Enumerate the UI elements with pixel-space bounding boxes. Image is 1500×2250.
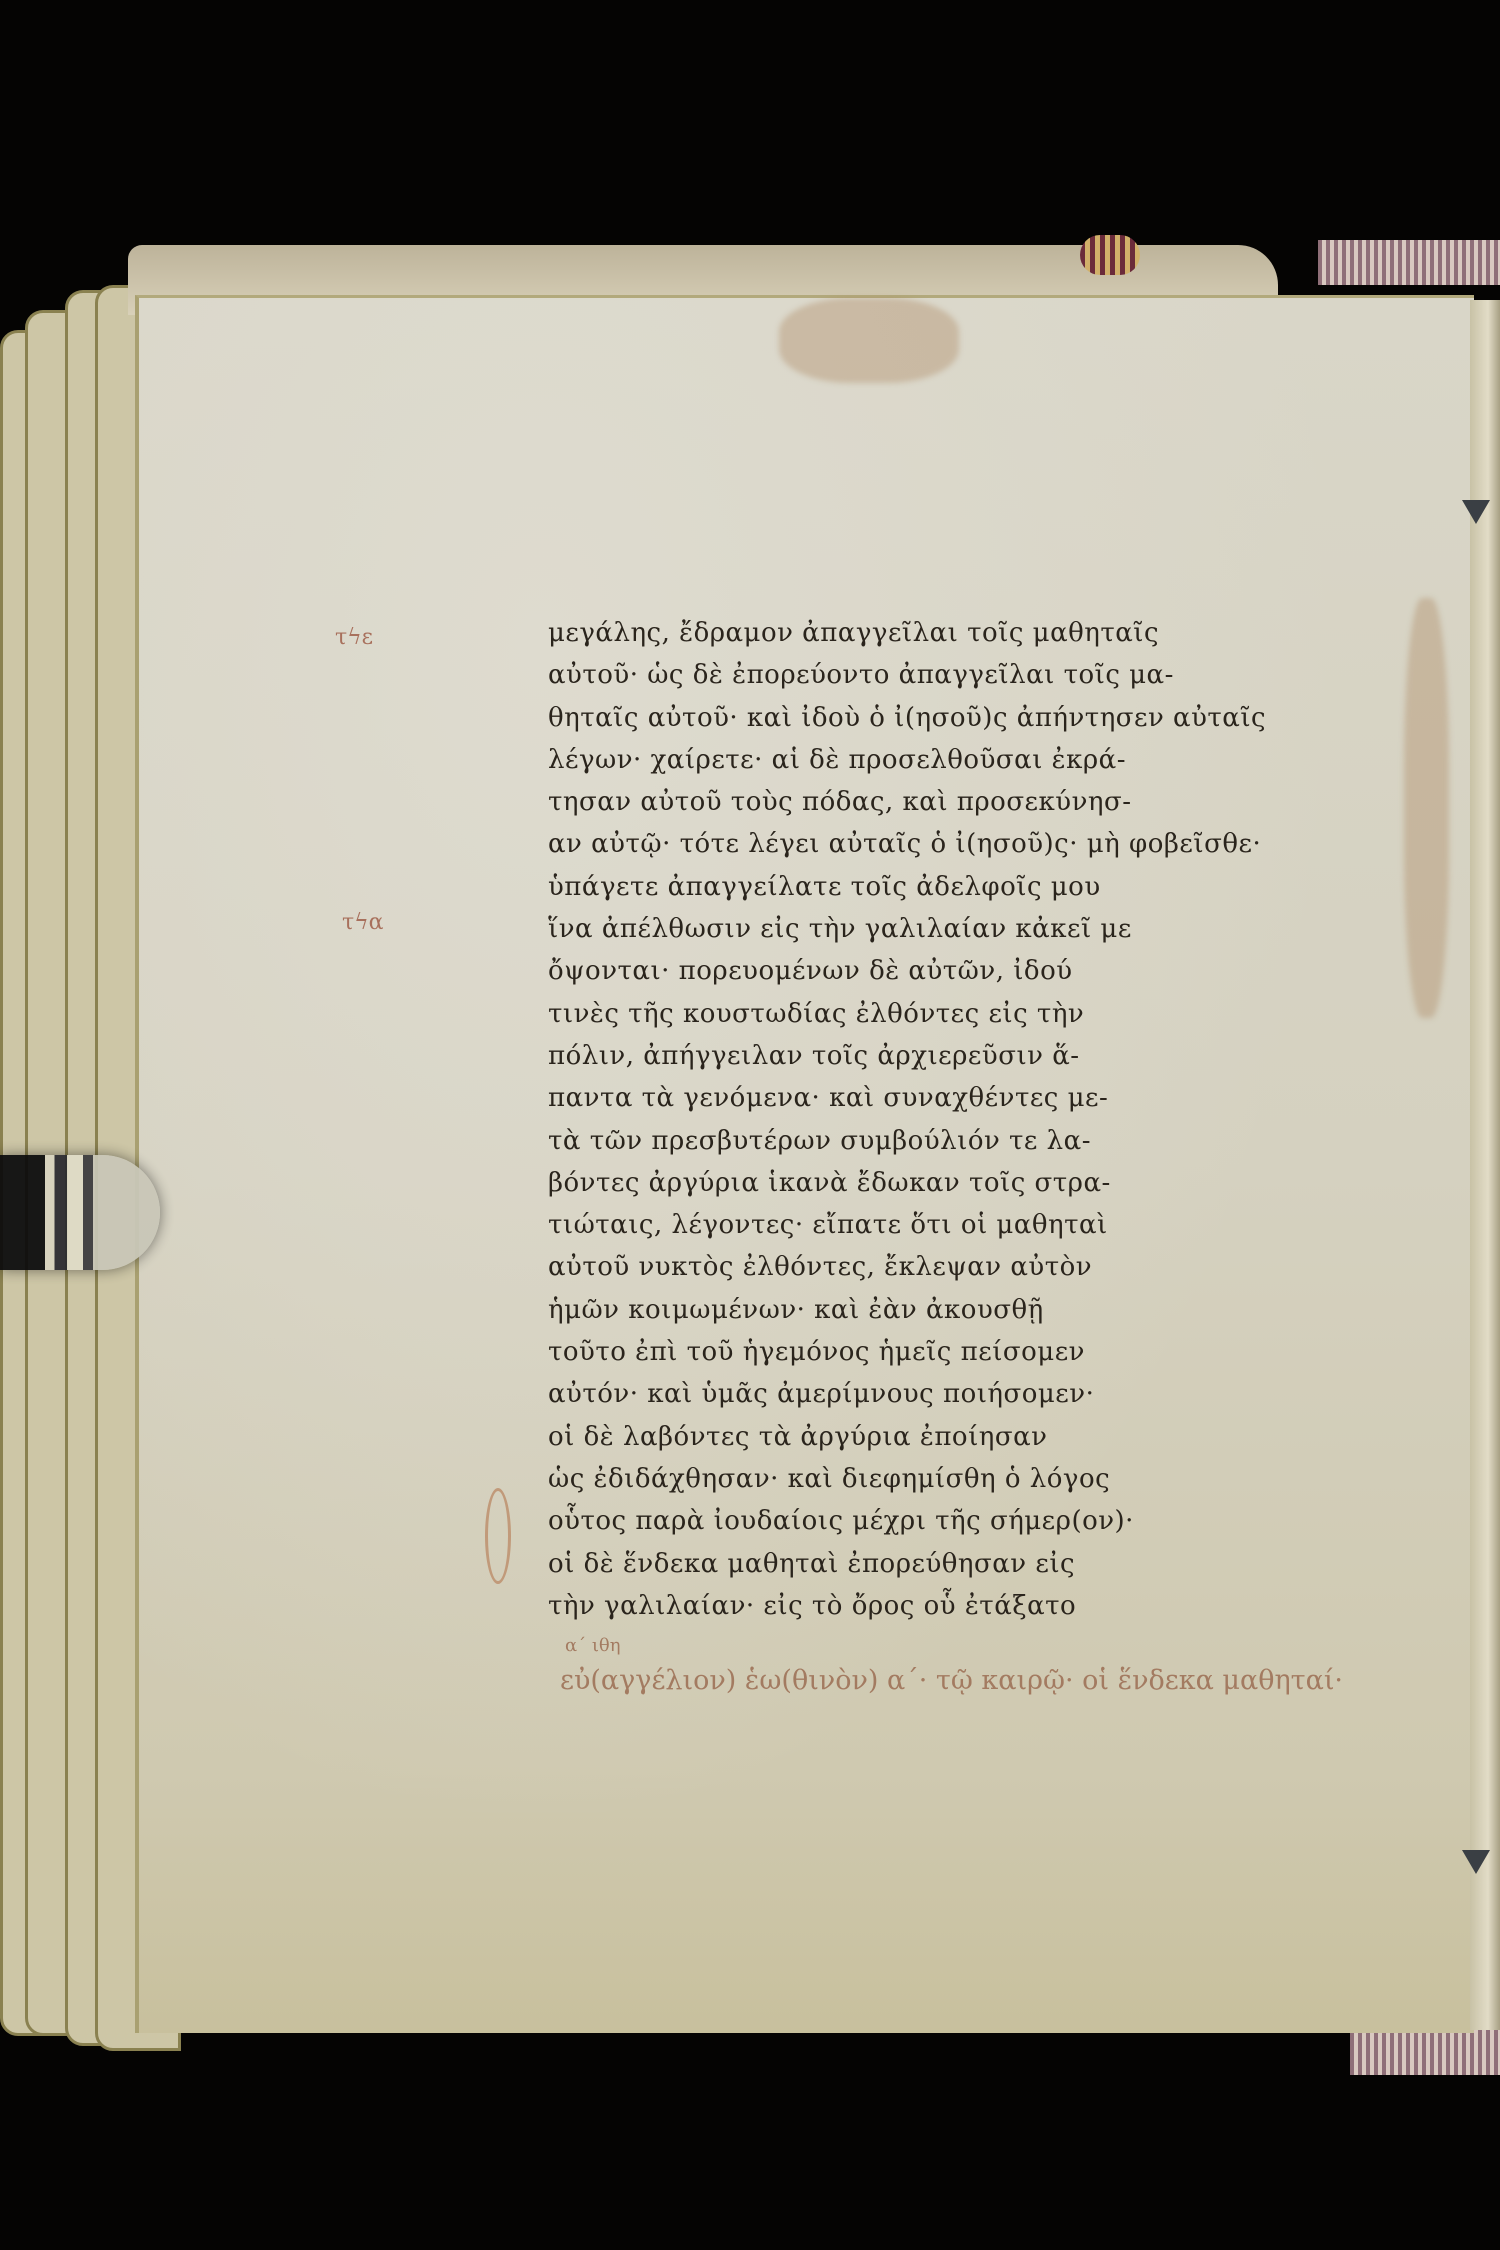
margin-number-2: τϟα — [342, 910, 384, 935]
sewing-marker-bottom — [1462, 1850, 1490, 1874]
sewing-marker-top — [1462, 500, 1490, 524]
text-line: αὐτοῦ νυκτὸς ἐλθόντες, ἔκλεψαν αὐτὸν — [548, 1246, 1308, 1288]
text-line: οἱ δὲ ἕνδεκα μαθηταὶ ἐπορεύθησαν εἰς — [548, 1543, 1308, 1585]
text-line: ὄψονται· πορευομένων δὲ αὐτῶν, ἰδού — [548, 950, 1308, 992]
margin-number-1: τϟε — [335, 625, 373, 650]
headband-top-right — [1318, 240, 1500, 285]
water-stain-top — [779, 298, 959, 383]
text-line: πόλιν, ἀπήγγειλαν τοῖς ἀρχιερεῦσιν ἅ- — [548, 1035, 1308, 1077]
gutter-spine — [1470, 300, 1500, 2030]
water-stain-right — [1404, 598, 1449, 1018]
headband-top-left — [1080, 235, 1140, 275]
text-line: οὗτος παρὰ ἰουδαίοις μέχρι τῆς σήμερ(ον)… — [548, 1500, 1308, 1542]
text-line: αν αὐτῷ· τότε λέγει αὐταῖς ὁ ἰ(ησοῦ)ς· μ… — [548, 823, 1308, 865]
text-line: θηταῖς αὐτοῦ· καὶ ἰδοὺ ὁ ἰ(ησοῦ)ς ἀπήντη… — [548, 697, 1308, 739]
text-line: τησαν αὐτοῦ τοὺς πόδας, καὶ προσεκύνησ- — [548, 781, 1308, 823]
text-line: ἡμῶν κοιμωμένων· καὶ ἐὰν ἀκουσθῇ — [548, 1289, 1308, 1331]
main-text-block: μεγάλης, ἔδραμον ἀπαγγεῖλαι τοῖς μαθηταῖ… — [548, 612, 1308, 1627]
rubric-lection-heading: εὐ(αγγέλιον) ἑω(θινὸν) α΄· τῷ καιρῷ· οἱ … — [560, 1665, 1343, 1696]
text-line: ὑπάγετε ἀπαγγείλατε τοῖς ἀδελφοῖς μου — [548, 866, 1308, 908]
text-line: οἱ δὲ λαβόντες τὰ ἀργύρια ἐποίησαν — [548, 1416, 1308, 1458]
text-line: βόντες ἀργύρια ἱκανὰ ἔδωκαν τοῖς στρα- — [548, 1162, 1308, 1204]
text-line: τοῦτο ἐπὶ τοῦ ἡγεμόνος ἡμεῖς πείσομεν — [548, 1331, 1308, 1373]
headband-bottom-right — [1350, 2030, 1500, 2075]
text-line: λέγων· χαίρετε· αἱ δὲ προσελθοῦσαι ἐκρά- — [548, 739, 1308, 781]
text-line: τὰ τῶν πρεσβυτέρων συμβούλιόν τε λα- — [548, 1120, 1308, 1162]
red-initial-mark — [485, 1488, 511, 1584]
rubric-superscript: α΄ ιθη — [565, 1635, 621, 1656]
text-line: μεγάλης, ἔδραμον ἀπαγγεῖλαι τοῖς μαθηταῖ… — [548, 612, 1308, 654]
bookmark-clip — [0, 1155, 160, 1270]
text-line: τινὲς τῆς κουστωδίας ἐλθόντες εἰς τὴν — [548, 993, 1308, 1035]
text-line: τιώταις, λέγοντες· εἴπατε ὅτι οἱ μαθηταὶ — [548, 1204, 1308, 1246]
text-line: αὐτοῦ· ὡς δὲ ἐπορεύοντο ἀπαγγεῖλαι τοῖς … — [548, 654, 1308, 696]
text-line: παντα τὰ γενόμενα· καὶ συναχθέντες με- — [548, 1077, 1308, 1119]
text-line: ἵνα ἀπέλθωσιν εἰς τὴν γαλιλαίαν κἀκεῖ με — [548, 908, 1308, 950]
text-line: τὴν γαλιλαίαν· εἰς τὸ ὄρος οὗ ἐτάξατο — [548, 1585, 1308, 1627]
text-line: ὡς ἐδιδάχθησαν· καὶ διεφημίσθη ὁ λόγος — [548, 1458, 1308, 1500]
text-line: αὐτόν· καὶ ὑμᾶς ἀμερίμνους ποιήσομεν· — [548, 1373, 1308, 1415]
